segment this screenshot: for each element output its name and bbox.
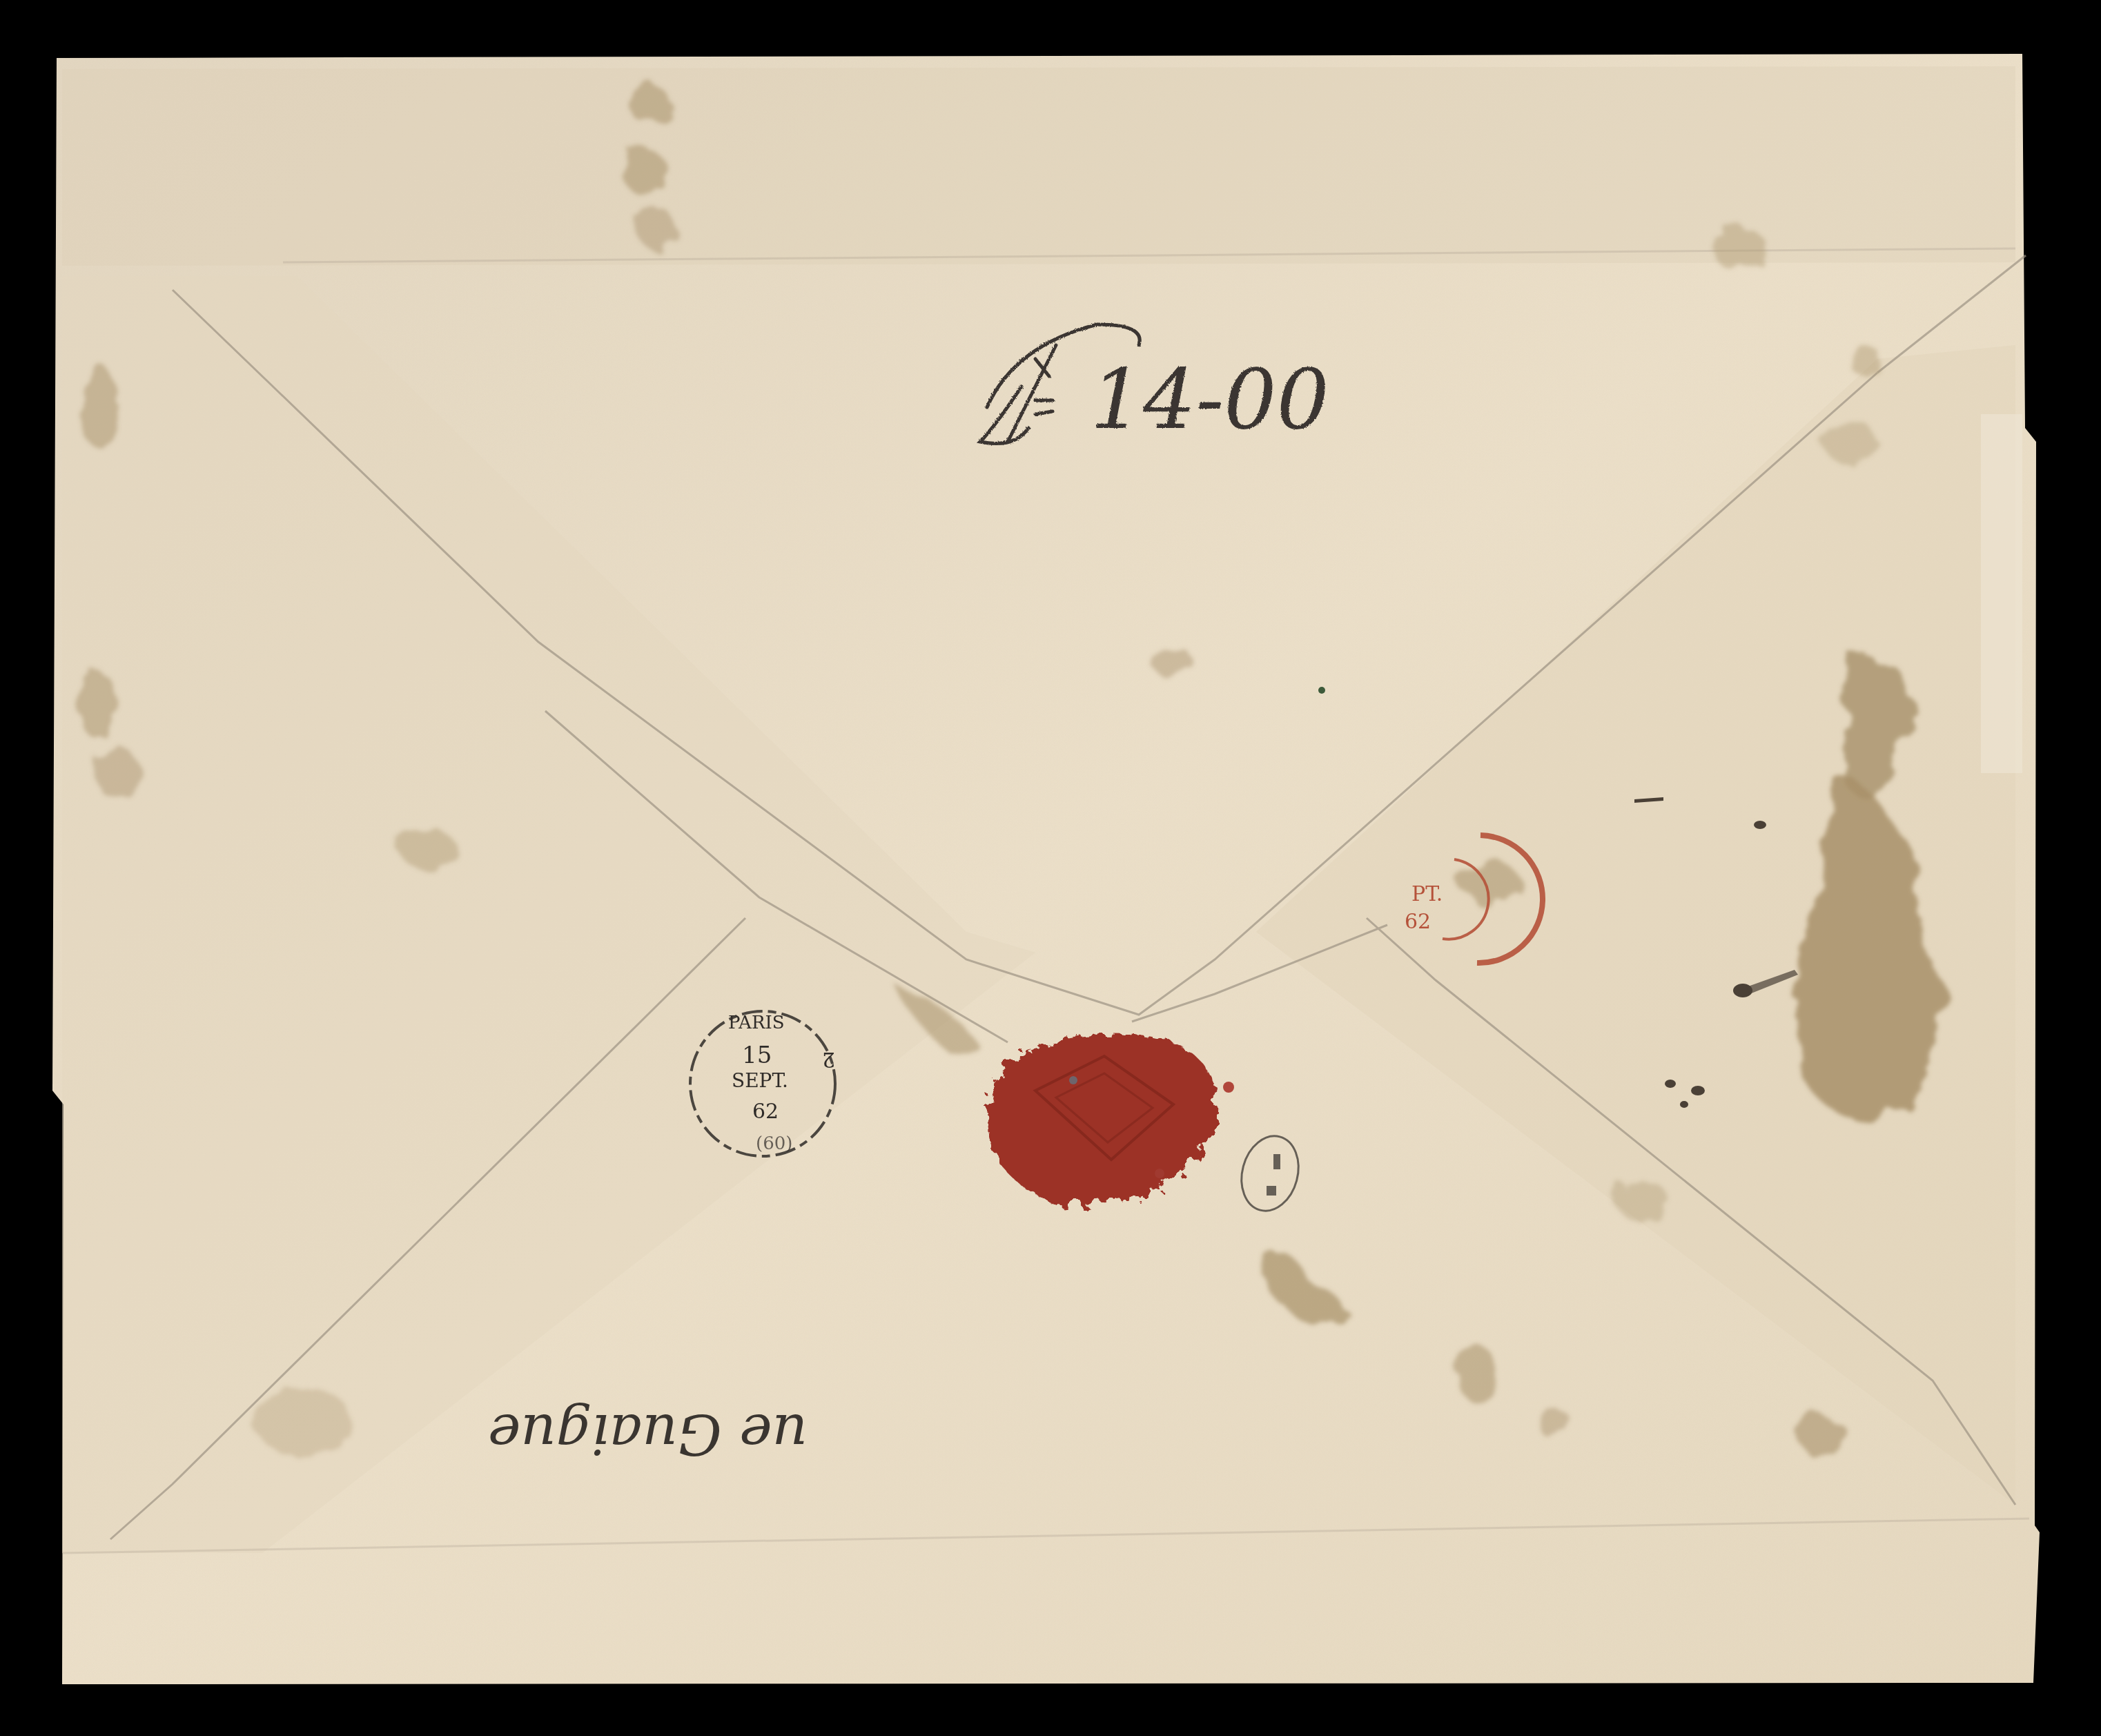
envelope-body <box>52 54 2040 1684</box>
rate-amount-text: 14-00 <box>1091 352 1329 448</box>
envelope-photo: 14-00 Fr ue Guaigue PARIS 15 SEPT. 62 (6… <box>0 0 2101 1736</box>
red-postmark-year: 62 <box>1405 910 1431 934</box>
edge-repair <box>1981 414 2022 773</box>
postmark-bottom: (60) <box>756 1133 792 1154</box>
postmark-year: 62 <box>752 1100 779 1124</box>
inverted-manuscript-text: ue Guaigue <box>488 1402 808 1466</box>
postmark-side-number: 2 <box>822 1047 835 1071</box>
inverted-manuscript: ue Guaigue <box>488 1402 808 1466</box>
postmark-month: SEPT. <box>732 1069 788 1092</box>
red-postmark-month: PT. <box>1411 882 1443 906</box>
postmark-town: PARIS <box>728 1013 785 1033</box>
postmark-day: 15 <box>742 1042 772 1069</box>
photo-stage: 14-00 Fr ue Guaigue PARIS 15 SEPT. 62 (6… <box>0 0 2101 1736</box>
